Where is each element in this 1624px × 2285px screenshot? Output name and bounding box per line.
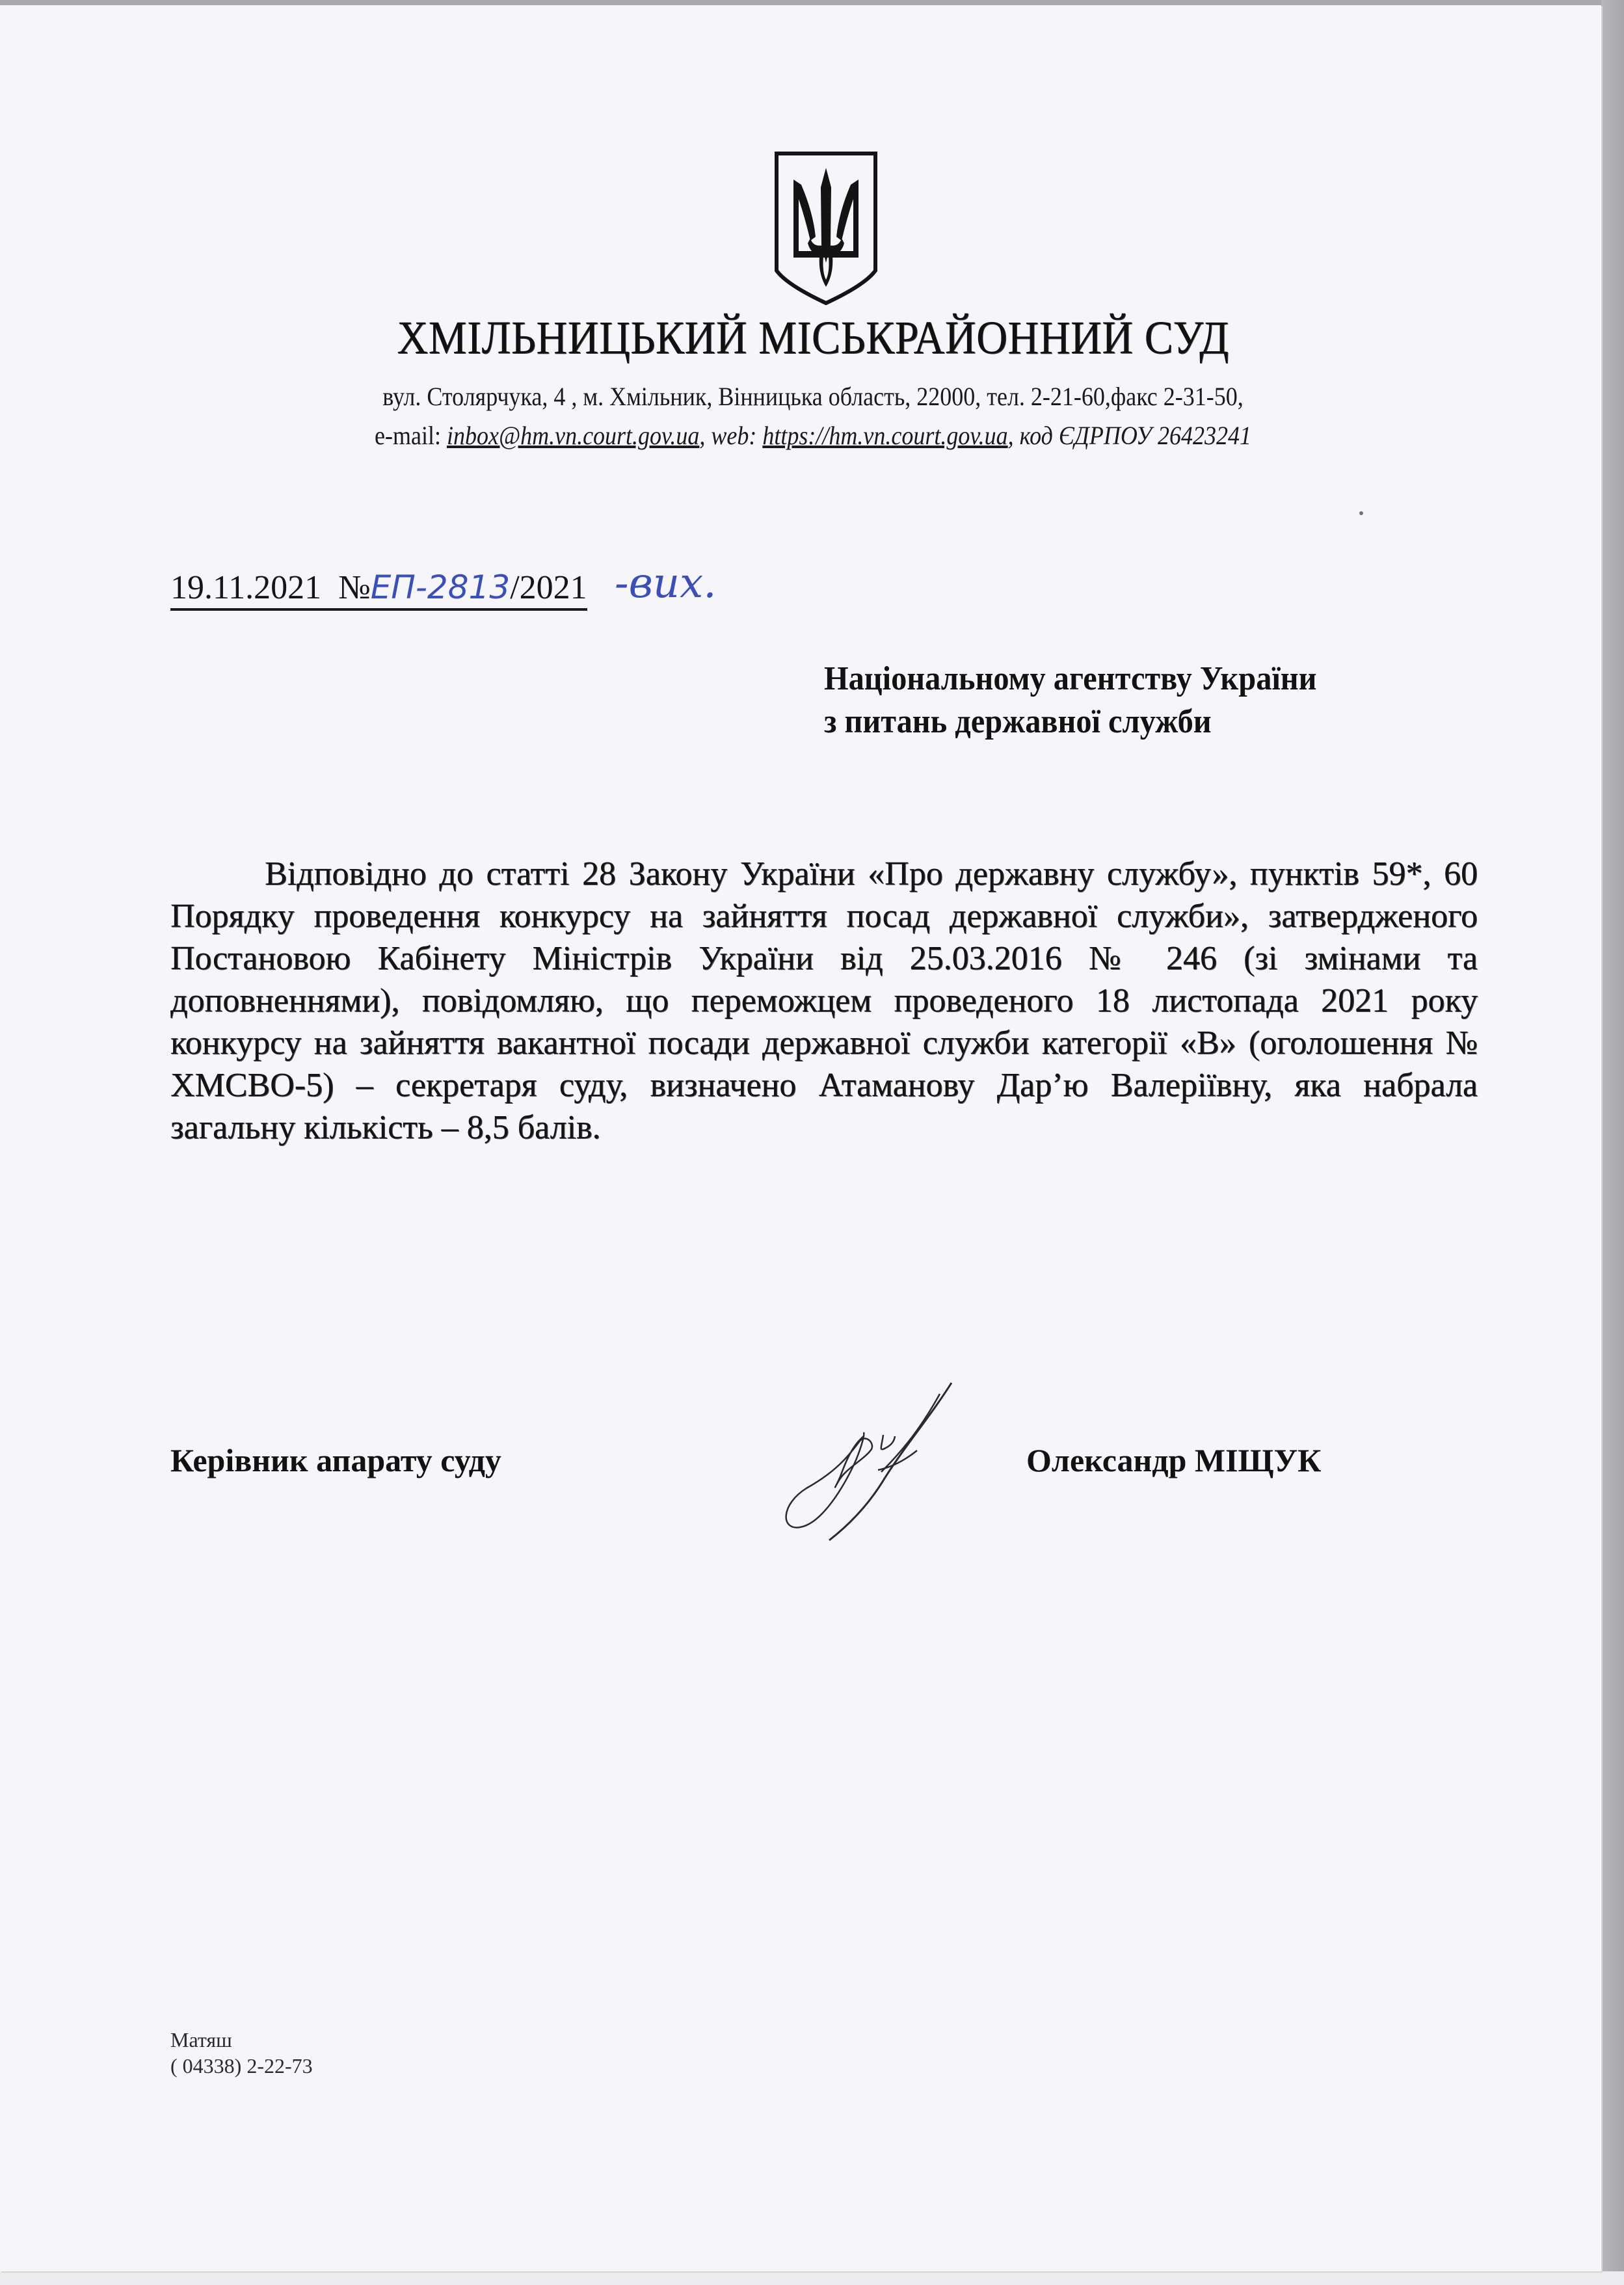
- court-name-title: ХМІЛЬНИЦЬКИЙ МІСЬКРАЙОННИЙ СУД: [304, 311, 1322, 365]
- signatory-role: Керівник апарату суду: [170, 1441, 501, 1479]
- addressee-line-2: з питань державної служби: [824, 701, 1317, 743]
- email-label: e-mail:: [375, 421, 447, 450]
- court-address: вул. Столярчука, 4 , м. Хмільник, Вінниц…: [257, 381, 1369, 412]
- scanner-edge-bottom: [0, 2271, 1624, 2285]
- reference-year: /2021: [510, 569, 587, 606]
- edrpou-code: , код ЄДРПОУ 26423241: [1008, 421, 1251, 450]
- reference-underlined: 19.11.2021 №ЕП-2813/2021: [170, 568, 587, 611]
- executor-info: Матяш ( 04338) 2-22-73: [170, 2027, 313, 2079]
- executor-phone: ( 04338) 2-22-73: [170, 2053, 313, 2079]
- handwritten-outgoing-mark: -вих.: [615, 559, 717, 608]
- addressee-line-1: Національному агентству України: [824, 658, 1317, 701]
- executor-name: Матяш: [170, 2027, 313, 2053]
- web-label: , web:: [699, 421, 762, 450]
- scan-speck: [1359, 511, 1363, 515]
- reference-number-handwritten: ЕП-2813: [371, 568, 510, 606]
- web-link[interactable]: https://hm.vn.court.gov.ua: [762, 421, 1007, 450]
- trident-coat-of-arms-icon: [767, 147, 885, 310]
- reference-date: 19.11.2021: [170, 569, 321, 606]
- addressee: Національному агентству України з питань…: [824, 658, 1317, 743]
- document-page: ХМІЛЬНИЦЬКИЙ МІСЬКРАЙОННИЙ СУД вул. Стол…: [0, 5, 1601, 2271]
- outgoing-reference: 19.11.2021 №ЕП-2813/2021: [170, 568, 587, 611]
- reference-number-sign: №: [338, 569, 371, 606]
- scanner-edge-right: [1601, 0, 1624, 2285]
- letter-body: Відповідно до статті 28 Закону України «…: [170, 853, 1478, 1149]
- court-contacts: e-mail: inbox@hm.vn.court.gov.ua, web: h…: [257, 420, 1369, 451]
- handwritten-signature: [767, 1365, 963, 1547]
- email-link[interactable]: inbox@hm.vn.court.gov.ua: [447, 421, 699, 450]
- signatory-name: Олександр МІЩУК: [1026, 1441, 1321, 1479]
